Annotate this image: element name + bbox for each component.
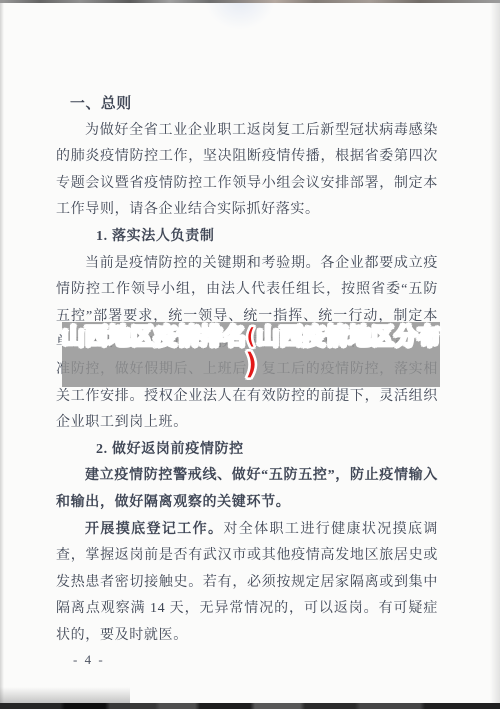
scan-artifact-top-edge [0, 0, 500, 3]
section-heading: 2. 做好返岗前疫情防控 [56, 437, 438, 464]
overlay-title-line2: ) [56, 350, 446, 380]
page-number: - 4 - [73, 652, 105, 668]
paragraph: 建立疫情防控警戒线、做好“五防五控”，防止疫情输入和输出，做好隔离观察的关键环节… [56, 463, 438, 516]
scan-artifact-bottom-edge [0, 703, 500, 709]
scan-artifact-top-smudge [205, 0, 275, 30]
scanned-document-page: 一、总则为做好全省工业企业职工返岗复工后新型冠状病毒感染的肺炎疫情防控工作，坚决… [0, 0, 500, 709]
paragraph: 开展摸底登记工作。对全体职工进行健康状况摸底调查，掌握返岗前是否有武汉市或其他疫… [56, 517, 438, 650]
paragraph-text: 为做好全省工业企业职工返岗复工后新型冠状病毒感染的肺炎疫情防控工作，坚决阻断疫情… [56, 123, 438, 218]
overlay-article-title: 山西地区疫情排名(山西疫情地区分布 ) [56, 323, 446, 380]
paragraph-text: 对全体职工进行健康状况摸底调查，掌握返岗前是否有武汉市或其他疫情高发地区旅居史或… [56, 522, 438, 643]
paragraph-lead-bold: 开展摸底登记工作。 [85, 522, 223, 537]
paragraph: 为做好全省工业企业职工返岗复工后新型冠状病毒感染的肺炎疫情防控工作，坚决阻断疫情… [56, 118, 438, 224]
paragraph-lead-bold: 建立疫情防控警戒线、做好“五防五控”，防止疫情输入和输出，做好隔离观察的关键环节… [56, 468, 438, 510]
section-heading: 1. 落实法人负责制 [56, 224, 438, 251]
scan-artifact-bottom-smudge [0, 683, 130, 703]
scan-artifact-left-edge [0, 0, 4, 709]
scan-artifact-right-shadow [490, 0, 500, 709]
section-heading: 一、总则 [56, 91, 438, 118]
